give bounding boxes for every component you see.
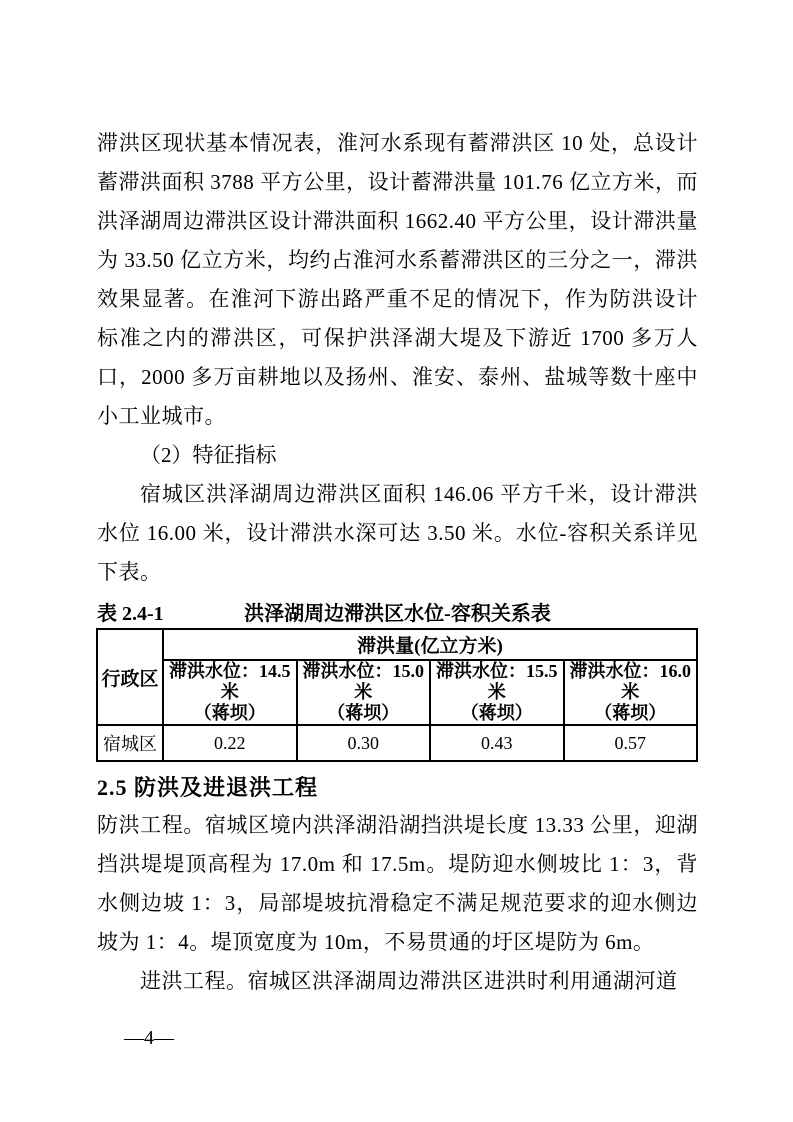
paragraph-flood-intake-works: 进洪工程。宿城区洪泽湖周边滞洪区进洪时利用通湖河道 — [97, 962, 698, 1001]
document-page: 滞洪区现状基本情况表，淮河水系现有蓄滞洪区 10 处，总设计蓄滞洪面积 3788… — [0, 0, 793, 1122]
sub-heading-characteristic-indicators: （2）特征指标 — [97, 436, 698, 475]
table-span-header: 滞洪量(亿立方米) — [163, 629, 697, 660]
col-header-note: （蒋坝） — [433, 703, 561, 724]
table-corner-header: 行政区 — [97, 629, 163, 725]
value-cell-15-0: 0.30 — [297, 725, 431, 761]
col-header-level: 滞洪水位：15.0 米 — [300, 661, 428, 703]
table-col-header-15-5: 滞洪水位：15.5 米 （蒋坝） — [430, 660, 564, 725]
col-header-note: （蒋坝） — [166, 703, 294, 724]
region-cell: 宿城区 — [97, 725, 163, 761]
value-cell-16-0: 0.57 — [564, 725, 698, 761]
col-header-level: 滞洪水位：16.0 米 — [567, 661, 695, 703]
table-header-row-columns: 滞洪水位：14.5 米 （蒋坝） 滞洪水位：15.0 米 （蒋坝） 滞洪水位：1… — [97, 660, 697, 725]
col-header-level: 滞洪水位：15.5 米 — [433, 661, 561, 703]
section-heading-2-5: 2.5 防洪及进退洪工程 — [97, 773, 698, 803]
value-cell-15-5: 0.43 — [430, 725, 564, 761]
table-col-header-15-0: 滞洪水位：15.0 米 （蒋坝） — [297, 660, 431, 725]
col-header-note: （蒋坝） — [567, 703, 695, 724]
table-caption-title: 洪泽湖周边滞洪区水位-容积关系表 — [97, 600, 698, 628]
table-header-row-span: 行政区 滞洪量(亿立方米) — [97, 629, 697, 660]
col-header-level: 滞洪水位：14.5 米 — [166, 661, 294, 703]
page-content: 滞洪区现状基本情况表，淮河水系现有蓄滞洪区 10 处，总设计蓄滞洪面积 3788… — [97, 124, 698, 1001]
table-col-header-14-5: 滞洪水位：14.5 米 （蒋坝） — [163, 660, 297, 725]
page-number: —4— — [124, 1026, 174, 1050]
table-col-header-16-0: 滞洪水位：16.0 米 （蒋坝） — [564, 660, 698, 725]
table-caption: 表 2.4-1 洪泽湖周边滞洪区水位-容积关系表 — [97, 600, 698, 628]
paragraph-flood-control-works: 防洪工程。宿城区境内洪泽湖沿湖挡洪堤长度 13.33 公里，迎湖挡洪堤堤顶高程为… — [97, 806, 698, 962]
paragraph-characteristic-indicators: 宿城区洪泽湖周边滞洪区面积 146.06 平方千米，设计滞洪水位 16.00 米… — [97, 475, 698, 592]
table-row-sucheng: 宿城区 0.22 0.30 0.43 0.57 — [97, 725, 697, 761]
col-header-note: （蒋坝） — [300, 703, 428, 724]
water-level-capacity-table: 行政区 滞洪量(亿立方米) 滞洪水位：14.5 米 （蒋坝） 滞洪水位：15.0… — [96, 628, 698, 762]
paragraph-flood-area-overview: 滞洪区现状基本情况表，淮河水系现有蓄滞洪区 10 处，总设计蓄滞洪面积 3788… — [97, 124, 698, 436]
value-cell-14-5: 0.22 — [163, 725, 297, 761]
table-caption-label: 表 2.4-1 — [97, 600, 164, 628]
